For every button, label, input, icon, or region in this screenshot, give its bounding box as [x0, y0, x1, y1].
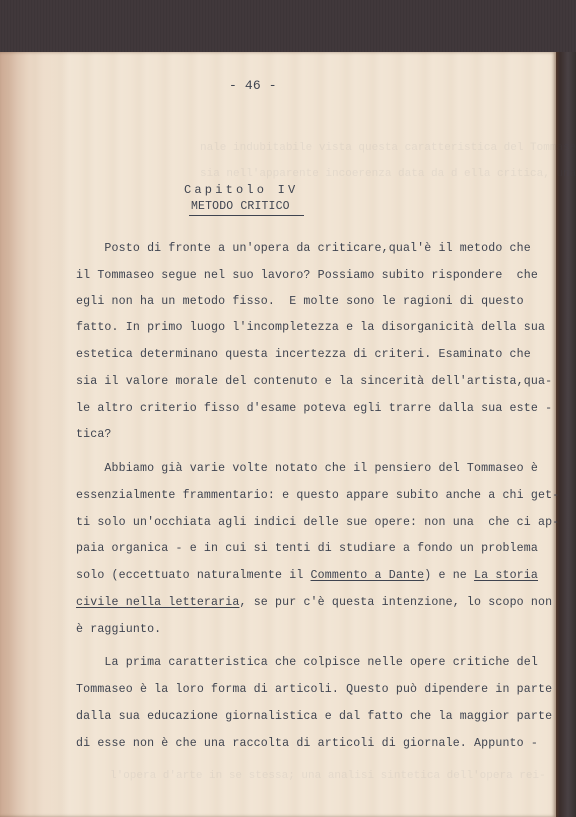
- bleed-through-text: l'opera d'arte in se stessa; una analisi…: [110, 770, 546, 782]
- work-title-storia-cont: civile nella letteraria: [76, 596, 239, 609]
- text-segment: solo (eccettuato naturalmente il: [76, 569, 311, 582]
- text-line: è raggiunto.: [76, 623, 161, 636]
- text-line: La prima caratteristica che colpisce nel…: [76, 656, 538, 669]
- text-line: tica?: [76, 428, 112, 441]
- text-line: ti solo un'occhiata agli indici delle su…: [76, 516, 559, 529]
- text-line: egli non ha un metodo fisso. E molte son…: [76, 295, 524, 308]
- scanner-background-top: [0, 0, 576, 52]
- text-segment: ) e ne: [424, 569, 474, 582]
- text-line: dalla sua educazione giornalistica e dal…: [76, 710, 552, 723]
- text-line: estetica determinano questa incertezza d…: [76, 348, 531, 361]
- text-line: di esse non è che una raccolta di artico…: [76, 737, 538, 750]
- text-line: civile nella letteraria, se pur c'è ques…: [76, 596, 552, 609]
- text-line: le altro criterio fisso d'esame poteva e…: [76, 402, 552, 415]
- chapter-title: Capitolo IV: [184, 183, 298, 197]
- text-segment: , se pur c'è questa intenzione, lo scopo…: [239, 596, 552, 609]
- text-line: Tommaseo è la loro forma di articoli. Qu…: [76, 683, 552, 696]
- text-line: paia organica - e in cui si tenti di stu…: [76, 542, 538, 555]
- text-line: Abbiamo già varie volte notato che il pe…: [76, 462, 538, 475]
- text-line: solo (eccettuato naturalmente il Comment…: [76, 569, 538, 582]
- text-line: essenzialmente frammentario: e questo ap…: [76, 489, 559, 502]
- text-line: sia il valore morale del contenuto e la …: [76, 375, 552, 388]
- chapter-subtitle: METODO CRITICO: [189, 200, 304, 216]
- bleed-through-text: nale indubitabile vista questa caratteri…: [200, 142, 576, 154]
- page-number: - 46 -: [229, 78, 277, 93]
- work-title-commento: Commento a Dante: [311, 569, 425, 582]
- text-line: fatto. In primo luogo l'incompletezza e …: [76, 321, 545, 334]
- work-title-storia: La storia: [474, 569, 538, 582]
- text-line: Posto di fronte a un'opera da criticare,…: [76, 242, 531, 255]
- binding-edge: [554, 52, 576, 817]
- bleed-through-text: sia nell'apparente incoerenza data da d …: [200, 168, 576, 180]
- text-line: il Tommaseo segue nel suo lavoro? Possia…: [76, 269, 538, 282]
